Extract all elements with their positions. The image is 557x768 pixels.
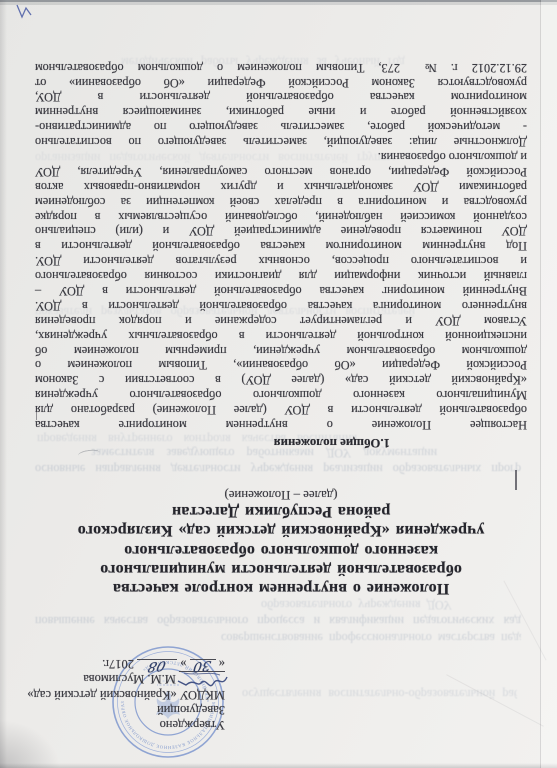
bleedthrough-text: осуществления воспитательно-образователь… [242,687,517,700]
body-line: руководства и мониторинга в пределах сво… [35,194,527,209]
body-line: Российской Федерации «Об образовании», Т… [35,358,527,373]
body-line: дошкольном образовательном учреждении, п… [35,343,527,358]
fold-mark [36,406,37,420]
bleedthrough-text: совершенствование профессионального маст… [221,631,521,644]
title-line: района Республики Дагестан [35,502,527,521]
bleedthrough-text: образовательного учреждения ДОУ [261,598,521,611]
document-subtitle: (далее – Положение) [35,487,527,502]
body-line: Муниципального казенного дошкольного обр… [35,387,527,402]
body-line: созданной комиссией наблюдений, обследов… [35,209,527,224]
date-year: 2017г. [102,657,134,671]
title-line: учреждения «Крайновский детский сад» Киз… [35,521,527,540]
date-quote-close: » [180,657,186,671]
scanned-document: осуществления воспитательно-образователь… [0,0,557,768]
section-heading: 1.Общие положения [274,435,390,450]
title-line: Положение о внутреннем контроле качества [35,579,527,598]
handwritten-month: 08 [147,661,167,672]
handwritten-day: 30 [193,660,212,672]
bleedthrough-text: повышение качества образовательного проц… [35,614,521,627]
body-line: 29.12.2012 г. № 273, Типовым положением … [35,60,527,75]
body-text: Настоящее Положение о внутреннем монитор… [35,60,527,432]
document-title: Положение о внутреннем контроле качества… [35,502,527,598]
body-line: Российской Федерации, органов местного с… [35,164,527,179]
body-line: руководствуются Законом Российской Федер… [35,75,527,90]
body-line: и воспитательного процессов, основных ре… [35,253,527,268]
document-page: осуществления воспитательно-образователь… [0,0,557,768]
pen-mark [515,470,517,490]
body-line: «Крайновский детский сад» (далее ДОУ) в … [35,372,527,387]
body-line: Уставом ДОУ и регламентирует содержание … [35,313,527,328]
bleedthrough-text: основные направления деятельности учрежд… [35,462,521,475]
title-line: казенного дошкольного образовательного [35,540,527,559]
body-line: - методической работе, заместитель завед… [35,119,527,134]
body-line: Настоящее Положение о внутреннем монитор… [35,417,527,432]
approval-role: Заведующий [27,702,225,717]
body-line: внутреннего мониторинга качества образов… [35,298,527,313]
approval-approved-label: Утверждено [27,717,225,732]
body-line: образовательной деятельности в ДОУ (дале… [35,402,527,417]
body-line: ДОУ понимается проведение администрацией… [35,224,527,239]
date-day-slot: 30 [190,659,216,671]
title-line: образовательной деятельности муниципальн… [35,560,527,579]
body-line: мониторингом качества образовательной де… [35,90,527,105]
bleedthrough-text: проведения внутреннего контроля качества… [37,432,497,445]
body-line: главный источник информации для диагност… [35,268,527,283]
approval-date-line: « 30 » 08 2017г. [27,656,225,671]
date-quote-open: « [219,657,225,671]
approval-block: Утверждено Заведующий МКДОУ «Крайновский… [27,656,225,732]
date-month-slot: 08 [137,659,177,671]
body-line: инспекционной контрольной деятельности в… [35,328,527,343]
body-line: Должностные лица: заведующий, заместител… [35,134,527,149]
body-line: работниками ДОУ законодательных и других… [35,179,527,194]
body-line: Внутренний мониторинг качества образоват… [35,283,527,298]
body-line: Под внутренним мониторингом качества обр… [35,238,527,253]
signatory-name: М.М. Муслимова [83,672,176,686]
body-line: хозяйственной работе и иные работники, з… [35,104,527,119]
body-line: и дошкольного образования. [35,149,527,164]
